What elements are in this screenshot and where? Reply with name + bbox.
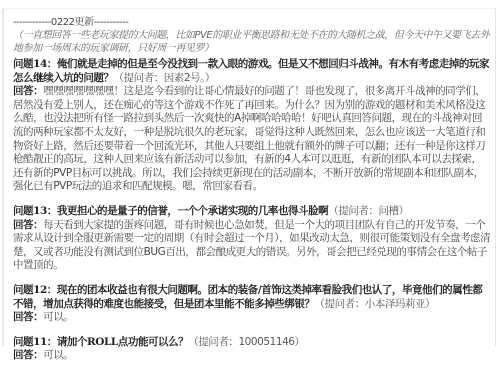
asker-label: （提问者：100051146） xyxy=(188,336,304,348)
question-text: 问题13：我更担心的是量子的信誉，一个个承诺实现的几率也得斗脸啊 xyxy=(13,205,328,217)
qa-item-11: 问题11：请加个ROLL点功能可以么？（提问者：100051146） 回答：可以… xyxy=(13,336,491,363)
answer-text: 每天看到大家提的蛋疼问题，哥有时候也心急如焚，但是一个大的项目团队有自己的开发节… xyxy=(13,219,490,272)
intro-note: （一直想回答一些老玩家提的大问题，比如PVE的职业平衡思路和无处不在的大随机之战… xyxy=(13,29,491,55)
answer-text: 可以。 xyxy=(43,311,73,323)
answer-label: 回答： xyxy=(13,349,43,361)
answer-text: 可以。 xyxy=(43,349,73,361)
qa-item-14: 问题14：俺们就是走掉的但是至今没找到一款入眼的游戏。但是又不想回归斗战神。有木… xyxy=(13,58,491,194)
answer-label: 回答： xyxy=(13,85,43,97)
answer-label: 回答： xyxy=(13,311,43,323)
answer-text: 嘿嘿嘿嘿嘿嘿嘿！这是迄今看到的让哥心情最好的问题了！哥也发现了，很多离开斗战神的… xyxy=(13,85,485,192)
post-content: ------------0222更新----------- （一直想回答一些老玩… xyxy=(13,16,491,374)
asker-label: （提问者：因素2号。） xyxy=(114,72,215,84)
answer-label: 回答： xyxy=(13,219,43,231)
update-header: ------------0222更新----------- xyxy=(13,16,491,29)
asker-label: （提问者：小本泽玛莉亚） xyxy=(315,298,436,310)
asker-label: （提问者：问槽） xyxy=(328,205,408,217)
question-text: 问题11：请加个ROLL点功能可以么？ xyxy=(13,336,188,348)
qa-item-12: 问题12：现在的团本收益也有很大问题啊。团本的装备/首饰这类掉率看脸我们也认了，… xyxy=(13,284,491,325)
question-text: 问题14：俺们就是走掉的但是至今没找到一款入眼的游戏。但是又不想回归斗战神。有木… xyxy=(13,58,489,84)
qa-item-13: 问题13：我更担心的是量子的信誉，一个个承诺实现的几率也得斗脸啊（提问者：问槽）… xyxy=(13,205,491,273)
